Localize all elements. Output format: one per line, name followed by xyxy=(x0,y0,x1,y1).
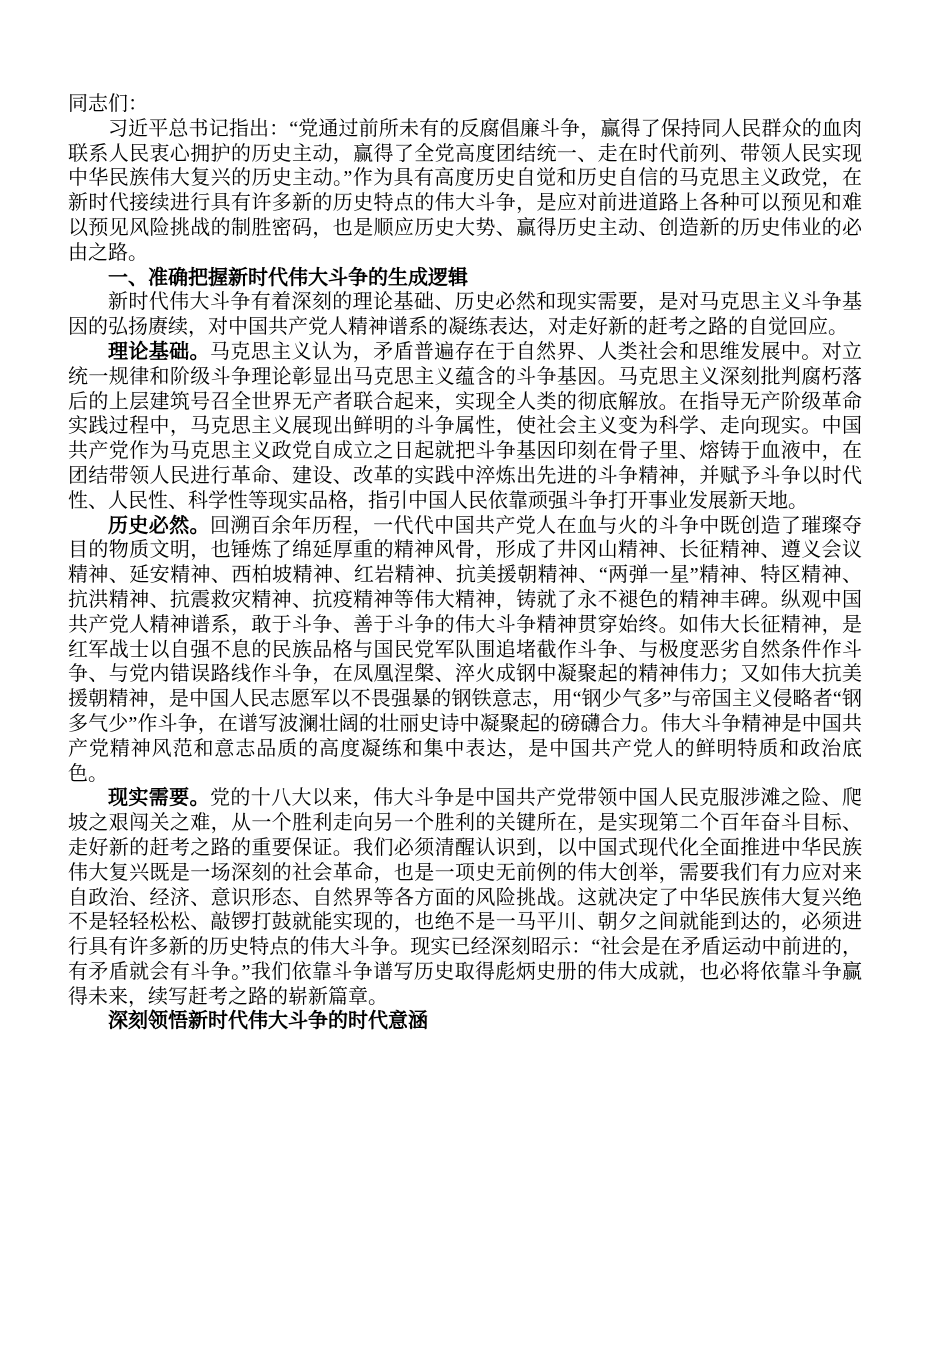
theory-paragraph: 理论基础。马克思主义认为，矛盾普遍存在于自然界、人类社会和思维发展中。对立统一规… xyxy=(68,340,862,514)
reality-paragraph-lead: 现实需要。 xyxy=(108,787,210,809)
section-one-heading: 一、准确把握新时代伟大斗争的生成逻辑 xyxy=(68,266,862,291)
theory-paragraph-text: 马克思主义认为，矛盾普遍存在于自然界、人类社会和思维发展中。对立统一规律和阶级斗… xyxy=(68,341,862,512)
document-page: 同志们： 习近平总书记指出：“党通过前所未有的反腐倡廉斗争，赢得了保持同人民群众… xyxy=(0,0,950,1346)
history-paragraph: 历史必然。回溯百余年历程，一代代中国共产党人在血与火的斗争中既创造了璀璨夺目的物… xyxy=(68,514,862,787)
intro-paragraph: 习近平总书记指出：“党通过前所未有的反腐倡廉斗争，赢得了保持同人民群众的血肉联系… xyxy=(68,117,862,266)
history-paragraph-text: 回溯百余年历程，一代代中国共产党人在血与火的斗争中既创造了璀璨夺目的物质文明，也… xyxy=(68,515,862,785)
theory-paragraph-lead: 理论基础。 xyxy=(108,341,210,363)
section-two-heading: 深刻领悟新时代伟大斗争的时代意涵 xyxy=(68,1009,862,1034)
history-paragraph-lead: 历史必然。 xyxy=(108,515,210,537)
salutation: 同志们： xyxy=(68,92,862,117)
reality-paragraph: 现实需要。党的十八大以来，伟大斗争是中国共产党带领中国人民克服涉滩之险、爬坡之艰… xyxy=(68,786,862,1009)
overview-paragraph: 新时代伟大斗争有着深刻的理论基础、历史必然和现实需要，是对马克思主义斗争基因的弘… xyxy=(68,290,862,340)
reality-paragraph-text: 党的十八大以来，伟大斗争是中国共产党带领中国人民克服涉滩之险、爬坡之艰闯关之难，… xyxy=(68,787,862,1007)
